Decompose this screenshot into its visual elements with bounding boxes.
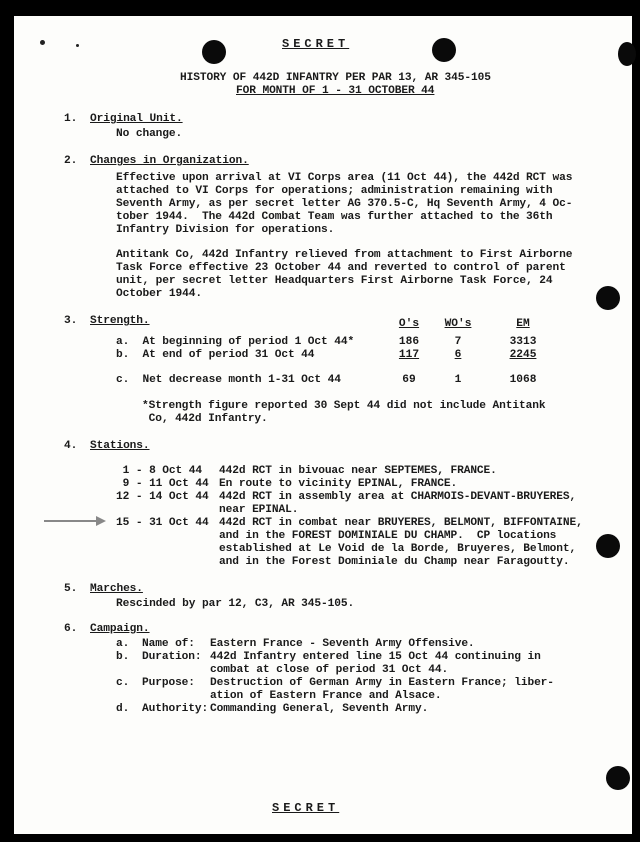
section-body: No change.	[116, 128, 182, 141]
paragraph-line: attached to VI Corps for operations; adm…	[116, 185, 553, 198]
column-header-warrant-officers: WO's	[433, 318, 483, 331]
strength-row-label: c. Net decrease month 1-31 Oct 44	[116, 374, 341, 387]
strength-value: 117	[384, 349, 434, 362]
campaign-item-label: Purpose:	[142, 677, 195, 690]
section-number: 4.	[64, 440, 77, 453]
classification-footer: SECRET	[272, 802, 339, 815]
campaign-item-value: Destruction of German Army in Eastern Fr…	[210, 677, 554, 690]
strength-value: 2245	[498, 349, 548, 362]
campaign-item-key: c.	[116, 677, 129, 690]
strength-value: 69	[384, 374, 434, 387]
campaign-item-key: b.	[116, 651, 129, 664]
strength-value: 6	[433, 349, 483, 362]
section-heading-marches: Marches.	[90, 583, 143, 596]
ink-speck	[40, 40, 45, 45]
campaign-item-value: Eastern France - Seventh Army Offensive.	[210, 638, 475, 651]
strength-value: 1068	[498, 374, 548, 387]
campaign-item-label: Name of:	[142, 638, 195, 651]
section-heading-changes-in-organization: Changes in Organization.	[90, 155, 249, 168]
paragraph-line: Antitank Co, 442d Infantry relieved from…	[116, 249, 572, 262]
section-heading-campaign: Campaign.	[90, 623, 150, 636]
station-dates: 15 - 31 Oct 44	[116, 517, 209, 530]
station-dates: 9 - 11 Oct 44	[116, 478, 209, 491]
station-description: 442d RCT in bivouac near SEPTEMES, FRANC…	[219, 465, 497, 478]
campaign-item-value: Commanding General, Seventh Army.	[210, 703, 428, 716]
document-title: HISTORY OF 442D INFANTRY PER PAR 13, AR …	[180, 72, 491, 85]
ink-speck	[76, 44, 79, 47]
section-body: Rescinded by par 12, C3, AR 345-105.	[116, 598, 354, 611]
footnote-line: *Strength figure reported 30 Sept 44 did…	[142, 400, 545, 413]
paragraph-line: tober 1944. The 442d Combat Team was fur…	[116, 211, 553, 224]
strength-value: 7	[433, 336, 483, 349]
footnote-line: Co, 442d Infantry.	[142, 413, 268, 426]
paragraph-line: Task Force effective 23 October 44 and r…	[116, 262, 566, 275]
strength-value: 3313	[498, 336, 548, 349]
station-description: near EPINAL.	[219, 504, 298, 517]
section-number: 2.	[64, 155, 77, 168]
document-page: SECRET HISTORY OF 442D INFANTRY PER PAR …	[14, 16, 632, 834]
campaign-item-value: ation of Eastern France and Alsace.	[210, 690, 441, 703]
strength-row-label: a. At beginning of period 1 Oct 44*	[116, 336, 354, 349]
section-number: 3.	[64, 315, 77, 328]
section-heading-stations: Stations.	[90, 440, 150, 453]
section-number: 6.	[64, 623, 77, 636]
section-number: 5.	[64, 583, 77, 596]
station-description: and in the Forest Dominiale du Champ nea…	[219, 556, 570, 569]
campaign-item-label: Authority:	[142, 703, 208, 716]
classification-header: SECRET	[282, 38, 349, 51]
column-header-enlisted-men: EM	[498, 318, 548, 331]
column-header-officers: O's	[384, 318, 434, 331]
campaign-item-key: a.	[116, 638, 129, 651]
campaign-item-value: 442d Infantry entered line 15 Oct 44 con…	[210, 651, 541, 664]
paragraph-line: Seventh Army, as per secret letter AG 37…	[116, 198, 572, 211]
punch-hole	[618, 42, 636, 66]
station-description: 442d RCT in assembly area at CHARMOIS-DE…	[219, 491, 576, 504]
margin-arrow	[44, 520, 104, 522]
punch-hole	[202, 40, 226, 64]
station-dates: 1 - 8 Oct 44	[116, 465, 202, 478]
section-heading-strength: Strength.	[90, 315, 150, 328]
station-description: En route to vicinity EPINAL, FRANCE.	[219, 478, 457, 491]
station-dates: 12 - 14 Oct 44	[116, 491, 209, 504]
document-subtitle: FOR MONTH OF 1 - 31 OCTOBER 44	[236, 85, 434, 98]
paragraph-line: Infantry Division for operations.	[116, 224, 334, 237]
strength-row-label: b. At end of period 31 Oct 44	[116, 349, 314, 362]
station-description: established at Le Void de la Borde, Bruy…	[219, 543, 576, 556]
punch-hole	[606, 766, 630, 790]
punch-hole	[596, 286, 620, 310]
paragraph-line: Effective upon arrival at VI Corps area …	[116, 172, 572, 185]
campaign-item-key: d.	[116, 703, 129, 716]
station-description: 442d RCT in combat near BRUYERES, BELMON…	[219, 517, 583, 530]
punch-hole	[596, 534, 620, 558]
strength-value: 186	[384, 336, 434, 349]
strength-value: 1	[433, 374, 483, 387]
section-heading-original-unit: Original Unit.	[90, 113, 183, 126]
punch-hole	[432, 38, 456, 62]
campaign-item-label: Duration:	[142, 651, 202, 664]
station-description: and in the FOREST DOMINIALE DU CHAMP. CP…	[219, 530, 556, 543]
paragraph-line: unit, per secret letter Headquarters Fir…	[116, 275, 553, 288]
campaign-item-value: combat at close of period 31 Oct 44.	[210, 664, 448, 677]
section-number: 1.	[64, 113, 77, 126]
paragraph-line: October 1944.	[116, 288, 202, 301]
